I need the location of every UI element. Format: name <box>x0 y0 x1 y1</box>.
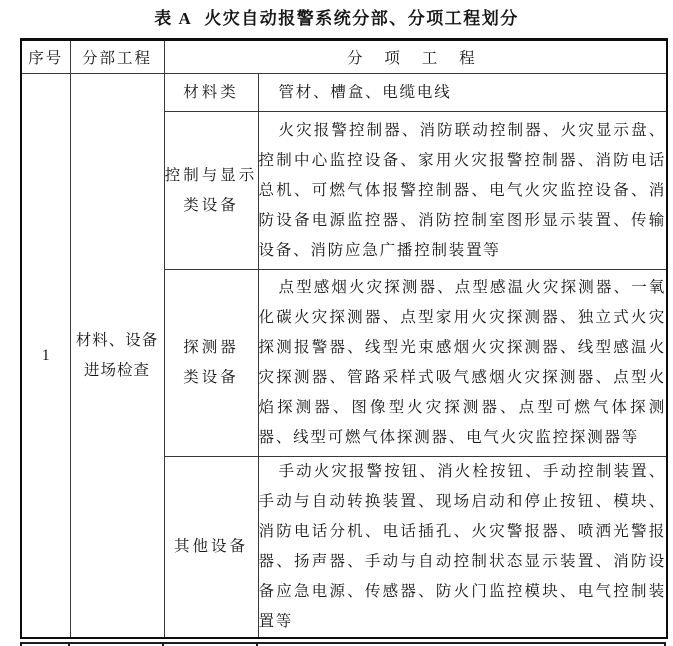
content-cell-other: 手动火灾报警按钮、消火栓按钮、手动控制装置、手动与自动转换装置、现场启动和停止按… <box>258 457 667 639</box>
table-title-label: 表 A <box>154 9 192 28</box>
content-cell-control-display: 火灾报警控制器、消防联动控制器、火灾显示盘、控制中心监控设备、家用火灾报警控制器… <box>258 112 667 270</box>
scanned-document-page: 表 A火灾自动报警系统分部、分项工程划分 序号 分部工程 分 项 工 程 1 材… <box>0 0 673 646</box>
content-cell-material: 管材、槽盒、电缆电线 <box>258 74 667 112</box>
division-table: 序号 分部工程 分 项 工 程 1 材料、设备 进场检查 材料类 管材、槽盒、电… <box>20 38 668 639</box>
table-header-row: 序号 分部工程 分 项 工 程 <box>21 40 667 74</box>
header-serial: 序号 <box>21 40 70 74</box>
header-division: 分部工程 <box>70 40 164 74</box>
table-row-material: 1 材料、设备 进场检查 材料类 管材、槽盒、电缆电线 <box>21 74 667 112</box>
table-title: 表 A火灾自动报警系统分部、分项工程划分 <box>0 4 673 29</box>
category-cell-other: 其他设备 <box>164 457 258 639</box>
division-cell: 材料、设备 进场检查 <box>70 74 164 639</box>
next-row-cutoff-fragment <box>20 642 666 646</box>
category-cell-control-display: 控制与显示 类设备 <box>164 112 258 270</box>
serial-cell: 1 <box>21 74 70 639</box>
header-subdivision: 分 项 工 程 <box>164 40 667 74</box>
table-title-text: 火灾自动报警系统分部、分项工程划分 <box>204 9 519 28</box>
category-cell-detector: 探测器 类设备 <box>164 270 258 457</box>
category-cell-material: 材料类 <box>164 74 258 112</box>
content-cell-detector: 点型感烟火灾探测器、点型感温火灾探测器、一氧化碳火灾探测器、点型家用火灾探测器、… <box>258 270 667 457</box>
